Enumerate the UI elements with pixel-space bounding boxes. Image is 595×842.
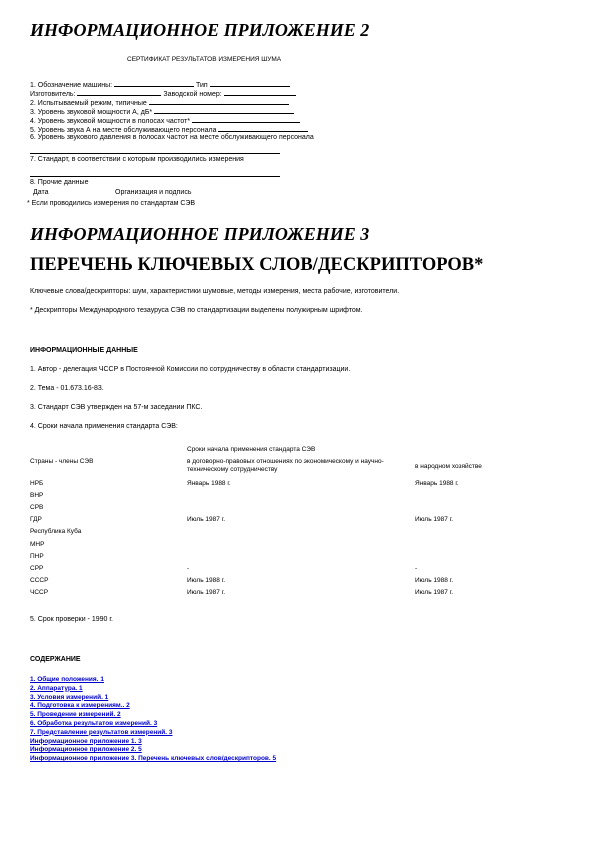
cell-economy: - [415,565,417,572]
certificate-title: СЕРТИФИКАТ РЕЗУЛЬТАТОВ ИЗМЕРЕНИЯ ШУМА [127,56,281,63]
appendix-3-title: ИНФОРМАЦИОННОЕ ПРИЛОЖЕНИЕ 3 [30,224,369,245]
keywords-heading: ПЕРЕЧЕНЬ КЛЮЧЕВЫХ СЛОВ/ДЕСКРИПТОРОВ* [30,255,483,276]
cell-country: МНР [30,541,44,548]
date-label: Дата [33,189,49,196]
toc-link[interactable]: 1. Общие положения. 1 [30,676,276,685]
field-2: 2. Испытываемый режим, типичные [30,98,289,107]
field-1b: Изготовитель: Заводской номер: [30,89,296,98]
blank-line [210,80,290,87]
cell-contract: Июль 1987 г. [187,589,225,596]
field-8: 8. Прочие данные [30,179,88,186]
cell-country: СРВ [30,504,43,511]
info-heading: ИНФОРМАЦИОННЫЕ ДАННЫЕ [30,347,138,354]
cell-contract: Январь 1988 г. [187,480,231,487]
field-1: 1. Обозначение машины: Тип [30,80,290,89]
col-header-economy: в народном хозяйстве [415,463,482,470]
field-3: 3. Уровень звуковой мощности А, дБ* [30,107,294,116]
cell-country: ПНР [30,553,44,560]
toc-link[interactable]: 3. Условия измерений. 1 [30,694,276,703]
keywords-footnote: * Дескрипторы Международного тезауруса С… [30,307,363,314]
cell-economy: Июль 1988 г. [415,577,453,584]
blank-line [192,116,300,123]
field-label: 1. Обозначение машины: [30,82,112,89]
cell-contract: - [187,565,189,572]
field-label: 3. Уровень звуковой мощности А, дБ* [30,109,152,116]
field-label: Изготовитель: [30,91,76,98]
info-item-2: 2. Тема - 01.673.16-83. [30,385,104,392]
blank-line [30,153,280,154]
info-item-5: 5. Срок проверки - 1990 г. [30,616,113,623]
toc-link[interactable]: Информационное приложение 2. 5 [30,746,276,755]
field-label: Тип [196,82,208,89]
field-7: 7. Стандарт, в соответствии с которым пр… [30,156,244,163]
field-5: 5. Уровень звука А на месте обслуживающе… [30,125,308,134]
cell-country: Республика Куба [30,528,81,535]
toc-heading: СОДЕРЖАНИЕ [30,656,81,663]
field-label: Заводской номер: [163,91,221,98]
cell-country: СРР [30,565,43,572]
blank-line [218,125,308,132]
toc-link[interactable]: 4. Подготовка к измерениям.. 2 [30,702,276,711]
toc-link[interactable]: Информационное приложение 3. Перечень кл… [30,755,276,764]
cell-economy: Июль 1987 г. [415,516,453,523]
field-4: 4. Уровень звуковой мощности в полосах ч… [30,116,300,125]
cell-contract: Июль 1987 г. [187,516,225,523]
blank-line [30,176,280,177]
info-item-3: 3. Стандарт СЭВ утвержден на 57-м заседа… [30,404,202,411]
col-header-countries: Страны - члены СЭВ [30,458,93,465]
blank-line [77,89,161,96]
appendix-2-footnote: * Если проводились измерения по стандарт… [27,200,195,207]
info-item-4: 4. Сроки начала применения стандарта СЭВ… [30,423,178,430]
cell-country: ГДР [30,516,42,523]
toc-link[interactable]: 6. Обработка результатов измерений. 3 [30,720,276,729]
cell-economy: Январь 1988 г. [415,480,459,487]
blank-line [154,107,294,114]
organization-label: Организация и подпись [115,189,191,196]
table-of-contents: 1. Общие положения. 1 2. Аппаратура. 1 3… [30,676,276,764]
cell-country: ЧССР [30,589,48,596]
toc-link[interactable]: Информационное приложение 1. 3 [30,738,276,747]
toc-link[interactable]: 5. Проведение измерений. 2 [30,711,276,720]
cell-country: СССР [30,577,48,584]
keywords-text: Ключевые слова/дескрипторы: шум, характе… [30,288,399,295]
cell-country: НРБ [30,480,43,487]
field-label: 4. Уровень звуковой мощности в полосах ч… [30,118,190,125]
appendix-2-title: ИНФОРМАЦИОННОЕ ПРИЛОЖЕНИЕ 2 [30,20,369,41]
info-item-1: 1. Автор - делегация ЧССР в Постоянной К… [30,366,350,373]
blank-line [224,89,296,96]
blank-line [114,80,194,87]
col-header-contract: в договорно-правовых отношениях по эконо… [187,458,407,474]
toc-link[interactable]: 7. Представление результатов измерений. … [30,729,276,738]
field-label: 2. Испытываемый режим, типичные [30,100,147,107]
blank-line [149,98,289,105]
cell-country: ВНР [30,492,43,499]
cell-contract: Июль 1988 г. [187,577,225,584]
field-label: 5. Уровень звука А на месте обслуживающе… [30,127,216,134]
group-header: Сроки начала применения стандарта СЭВ [187,446,315,453]
cell-economy: Июль 1987 г. [415,589,453,596]
toc-link[interactable]: 2. Аппаратура. 1 [30,685,276,694]
field-6: 6. Уровень звукового давления в полосах … [30,134,314,141]
